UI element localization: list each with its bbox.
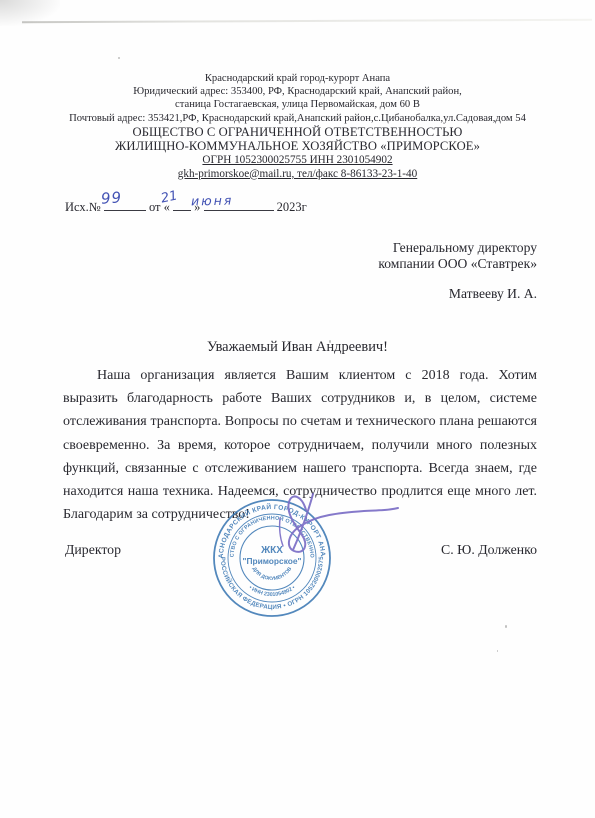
scan-speck [118,57,120,59]
org-name-line: ЖИЛИЩНО-КОММУНАЛЬНОЕ ХОЗЯЙСТВО «ПРИМОРСК… [0,139,595,154]
org-legal-address-line-1: Юридический адрес: 353400, РФ, Краснодар… [0,85,595,98]
org-ogrn-inn-line: ОГРН 1052300025755 ИНН 2301054902 [0,154,595,168]
handwritten-month: июня [191,193,234,209]
recipient-name: Матвееву И. А. [378,286,537,302]
ref-year: 2023г [277,200,307,214]
scan-speck [505,625,507,628]
signer-title: Директор [65,542,121,558]
salutation: Уважаемый Иван Андреевич! [60,339,535,356]
scanned-letter-page: Краснодарский край город-курорт Анапа Юр… [0,0,595,818]
ref-prefix: Исх.№ [65,200,101,214]
signature-main-stroke [288,496,398,551]
signer-name: С. Ю. Долженко [441,542,537,558]
scan-edge-artifact [22,19,592,23]
stamp-ring-bottom-text: • ИНН 2301054902 • [248,585,297,598]
org-legal-address-line-2: станица Гостагаевская, улица Первомайска… [0,98,595,111]
org-region-line: Краснодарский край город-курорт Анапа [0,72,595,85]
handwritten-ref-number: 99 [100,188,122,207]
svg-text:• ИНН 2301054902 •: • ИНН 2301054902 • [248,585,297,598]
handwritten-signature [246,488,426,572]
outgoing-reference-line: Исх.№ от « » 2023г 99 21 июня [65,198,307,215]
recipient-company-line: компании ООО «Ставтрек» [378,256,537,272]
recipient-block: Генеральному директору компании ООО «Ста… [378,240,537,301]
org-postal-address-line: Почтовый адрес: 353421,РФ, Краснодарский… [0,112,595,125]
org-letterhead: Краснодарский край город-курорт Анапа Юр… [0,72,595,181]
org-legal-form-line: ОБЩЕСТВО С ОГРАНИЧЕННОЙ ОТВЕТСТВЕННОСТЬЮ [0,125,595,140]
scan-speck [497,650,498,652]
scan-corner-shadow [0,0,60,26]
signature-minor-stroke [280,518,283,546]
org-contact-line: gkh-primorskoe@mail.ru, тел/факс 8-86133… [0,168,595,182]
recipient-position-line: Генеральному директору [378,240,537,256]
